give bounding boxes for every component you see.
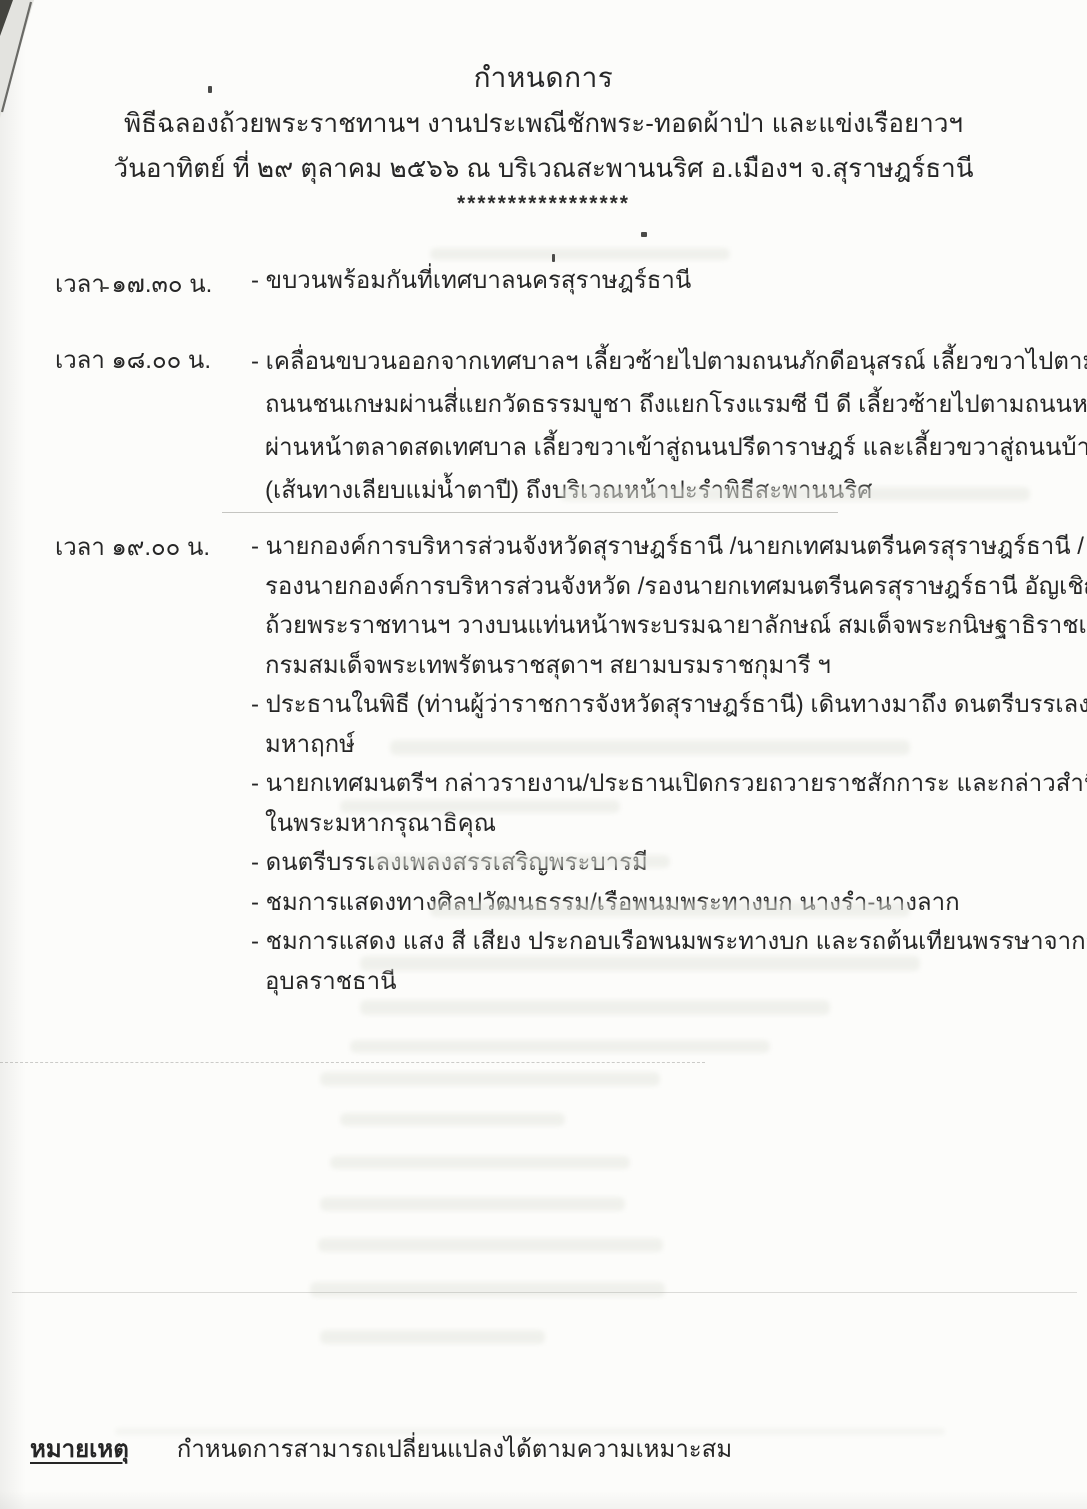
schedule-time-label: เวลา ๑๗.๓๐ น. [55, 264, 251, 303]
schedule-line: ถนนชนเกษมผ่านสี่แยกวัดธรรมบูชา ถึงแยกโรง… [251, 383, 1087, 426]
schedule-time-label: เวลา ๑๘.๐๐ น. [55, 340, 251, 379]
bleedthrough-text-artifact [340, 1113, 565, 1126]
footnote: หมายเหตุ กำหนดการสามารถเปลี่ยนแปลงได้ตาม… [30, 1429, 732, 1468]
bleedthrough-text-artifact [330, 1156, 630, 1169]
schedule-line: - นายกองค์การบริหารส่วนจังหวัดสุราษฎร์ธา… [251, 527, 1087, 567]
bleedthrough-text-artifact [360, 1000, 830, 1015]
schedule-entry-text: - ขบวนพร้อมกันที่เทศบาลนครสุราษฎร์ธานี [251, 264, 1047, 298]
schedule-line: - ชมการแสดงทางศิลปวัฒนธรรม/เรือพนมพระทาง… [251, 883, 1087, 923]
footnote-text: กำหนดการสามารถเปลี่ยนแปลงได้ตามความเหมาะ… [177, 1429, 732, 1468]
schedule-line: ถ้วยพระราชทานฯ วางบนแท่นหน้าพระบรมฉายาลั… [251, 606, 1087, 646]
faint-rule-artifact [12, 1292, 1077, 1293]
faint-rule-artifact [222, 512, 838, 513]
schedule-line: ผ่านหน้าตลาดสดเทศบาล เลี้ยวขวาเข้าสู่ถนน… [251, 426, 1087, 469]
schedule-line: อุบลราชธานี [251, 962, 1087, 1002]
bleedthrough-text-artifact [320, 1197, 625, 1211]
schedule-entry-text: - เคลื่อนขบวนออกจากเทศบาลฯ เลี้ยวซ้ายไปต… [251, 340, 1087, 512]
bleedthrough-text-artifact [318, 1238, 663, 1252]
schedule-line: - ประธานในพิธี (ท่านผู้ว่าราชการจังหวัดส… [251, 685, 1087, 725]
schedule-line: (เส้นทางเลียบแม่น้ำตาปี) ถึงบริเวณหน้าปะ… [251, 469, 1087, 512]
schedule-line: - ดนตรีบรรเลงเพลงสรรเสริญพระบารมี [251, 843, 1087, 883]
schedule-time-label: เวลา ๑๙.๐๐ น. [55, 527, 251, 566]
bleedthrough-text-artifact [430, 248, 730, 260]
schedule-line: - ขบวนพร้อมกันที่เทศบาลนครสุราษฎร์ธานี [251, 264, 1047, 298]
faint-rule-artifact [0, 1062, 705, 1063]
footnote-label: หมายเหตุ [30, 1429, 129, 1468]
document-title: กำหนดการ [0, 56, 1087, 100]
schedule-line: มหาฤกษ์ [251, 725, 1087, 765]
scanned-schedule-document: กำหนดการ พิธีฉลองถ้วยพระราชทานฯ งานประเพ… [0, 0, 1087, 1509]
bleedthrough-text-artifact [350, 1040, 770, 1053]
schedule-line: - นายกเทศมนตรีฯ กล่าวรายงาน/ประธานเปิดกร… [251, 764, 1087, 804]
schedule-line: ในพระมหากรุณาธิคุณ [251, 804, 1087, 844]
bleedthrough-text-artifact [310, 1282, 665, 1297]
document-subtitle-event: พิธีฉลองถ้วยพระราชทานฯ งานประเพณีชักพระ-… [0, 103, 1087, 144]
asterisk-separator: ***************** [0, 192, 1087, 216]
bleedthrough-text-artifact [320, 1330, 545, 1344]
bleedthrough-text-artifact [320, 1072, 660, 1086]
schedule-line: กรมสมเด็จพระเทพรัตนราชสุดาฯ สยามบรมราชกุ… [251, 646, 1087, 686]
schedule-line: - เคลื่อนขบวนออกจากเทศบาลฯ เลี้ยวซ้ายไปต… [251, 340, 1087, 383]
speck-artifact [641, 232, 647, 237]
speck-artifact [552, 254, 555, 262]
schedule-entry-1900: เวลา ๑๙.๐๐ น. - นายกองค์การบริหารส่วนจัง… [55, 527, 1047, 1001]
schedule-line: - ชมการแสดง แสง สี เสียง ประกอบเรือพนมพร… [251, 922, 1087, 962]
document-subtitle-date-place: วันอาทิตย์ ที่ ๒๙ ตุลาคม ๒๕๖๖ ณ บริเวณสะ… [0, 148, 1087, 189]
schedule-line: รองนายกองค์การบริหารส่วนจังหวัด /รองนายก… [251, 567, 1087, 607]
schedule-entry-text: - นายกองค์การบริหารส่วนจังหวัดสุราษฎร์ธา… [251, 527, 1087, 1001]
schedule-entry-1730: เวลา ๑๗.๓๐ น. - ขบวนพร้อมกันที่เทศบาลนคร… [55, 264, 1047, 303]
schedule-entry-1800: เวลา ๑๘.๐๐ น. - เคลื่อนขบวนออกจากเทศบาลฯ… [55, 340, 1047, 512]
